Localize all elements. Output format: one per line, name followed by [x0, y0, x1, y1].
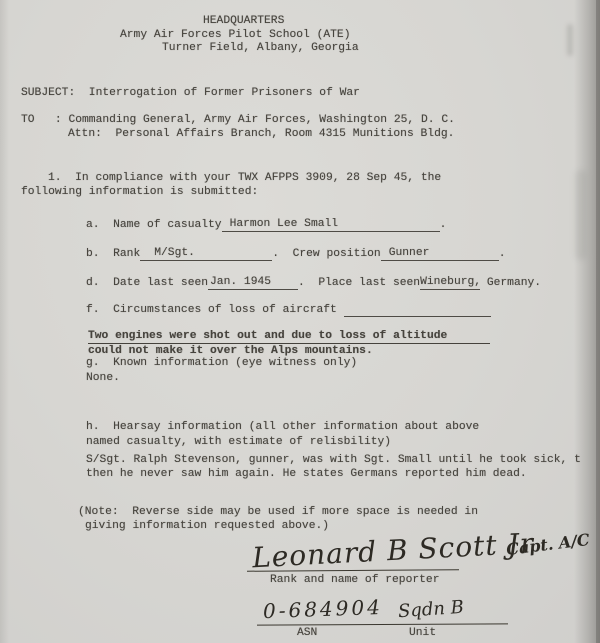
letterhead-line1: HEADQUARTERS: [203, 15, 284, 28]
field-d-date-blank: Jan. 1945: [208, 276, 298, 290]
field-a-value: Harmon Lee Small: [230, 218, 338, 230]
scan-smudge: [575, 170, 587, 260]
field-a-period: .: [440, 219, 447, 231]
scan-edge-left: [0, 0, 9, 643]
field-d-label: d. Date last seen: [86, 277, 208, 289]
field-known-information: g. Known information (eye witness only): [86, 357, 357, 370]
scan-smudge: [567, 24, 573, 56]
field-d-tail: Germany.: [480, 277, 541, 289]
field-b-mid: . Crew position: [272, 248, 380, 260]
attn-line: Attn: Personal Affairs Branch, Room 4315…: [68, 128, 454, 141]
note-line2: giving information requested above.): [85, 520, 329, 533]
field-b-crew-value: Gunner: [389, 247, 430, 259]
opening-line1: 1. In compliance with your TWX AFPPS 390…: [48, 172, 441, 185]
field-d-mid: . Place last seen: [298, 277, 420, 289]
opening-line2: following information is submitted:: [21, 186, 258, 199]
field-a-label: a. Name of casualty: [86, 219, 222, 231]
field-hearsay-line2: named casualty, with estimate of relisbi…: [86, 436, 391, 449]
signature-caption: Rank and name of reporter: [270, 574, 439, 587]
signature-line: [247, 569, 459, 571]
unit-handwriting: Sqdn B: [397, 597, 464, 623]
reporter-signature: Leonard B Scott Jr: [251, 527, 535, 575]
letterhead-line3: Turner Field, Albany, Georgia: [162, 42, 359, 55]
document-page: HEADQUARTERS Army Air Forces Pilot Schoo…: [0, 0, 600, 643]
known-information-answer: None.: [86, 372, 120, 385]
hearsay-answer-line2: then he never saw him again. He states G…: [86, 468, 527, 481]
letterhead-line2: Army Air Forces Pilot School (ATE): [120, 29, 351, 42]
unit-caption: Unit: [409, 627, 436, 640]
field-d-date-value: Jan. 1945: [210, 276, 271, 288]
scan-edge-right-line: [596, 0, 600, 643]
field-b-rank-blank: M/Sgt.: [140, 247, 272, 261]
note-line1: (Note: Reverse side may be used if more …: [78, 506, 478, 519]
asn-caption: ASN: [297, 627, 317, 640]
asn-unit-line: [257, 623, 508, 625]
field-f-label: f. Circumstances of loss of aircraft: [86, 304, 337, 316]
circumstances-answer-line1: Two engines were shot out and due to los…: [88, 330, 490, 344]
asn-handwriting: 0-684904: [263, 595, 384, 623]
field-hearsay-line1: h. Hearsay information (all other inform…: [86, 421, 479, 434]
field-date-place-last-seen: d. Date last seenJan. 1945. Place last s…: [86, 276, 541, 290]
field-b-rank-value: M/Sgt.: [154, 247, 195, 259]
field-circumstances: f. Circumstances of loss of aircraft: [86, 303, 491, 317]
circumstances-underlined-text: Two engines were shot out and due to los…: [88, 330, 490, 344]
field-b-period: .: [499, 248, 506, 260]
field-a-blank: Harmon Lee Small: [222, 218, 440, 232]
field-f-blank: [344, 303, 491, 317]
field-d-place-value: Wineburg,: [420, 276, 480, 288]
to-line: TO : Commanding General, Army Air Forces…: [21, 114, 455, 127]
field-b-crew-blank: Gunner: [381, 247, 499, 261]
field-d-place-blank: Wineburg,: [420, 276, 480, 290]
field-b-label: b. Rank: [86, 248, 140, 260]
subject-line: SUBJECT: Interrogation of Former Prisone…: [21, 87, 360, 100]
hearsay-answer-line1: S/Sgt. Ralph Stevenson, gunner, was with…: [86, 454, 581, 467]
field-name-of-casualty: a. Name of casualtyHarmon Lee Small.: [86, 218, 446, 232]
field-rank-crew-position: b. RankM/Sgt.. Crew positionGunner.: [86, 247, 505, 261]
